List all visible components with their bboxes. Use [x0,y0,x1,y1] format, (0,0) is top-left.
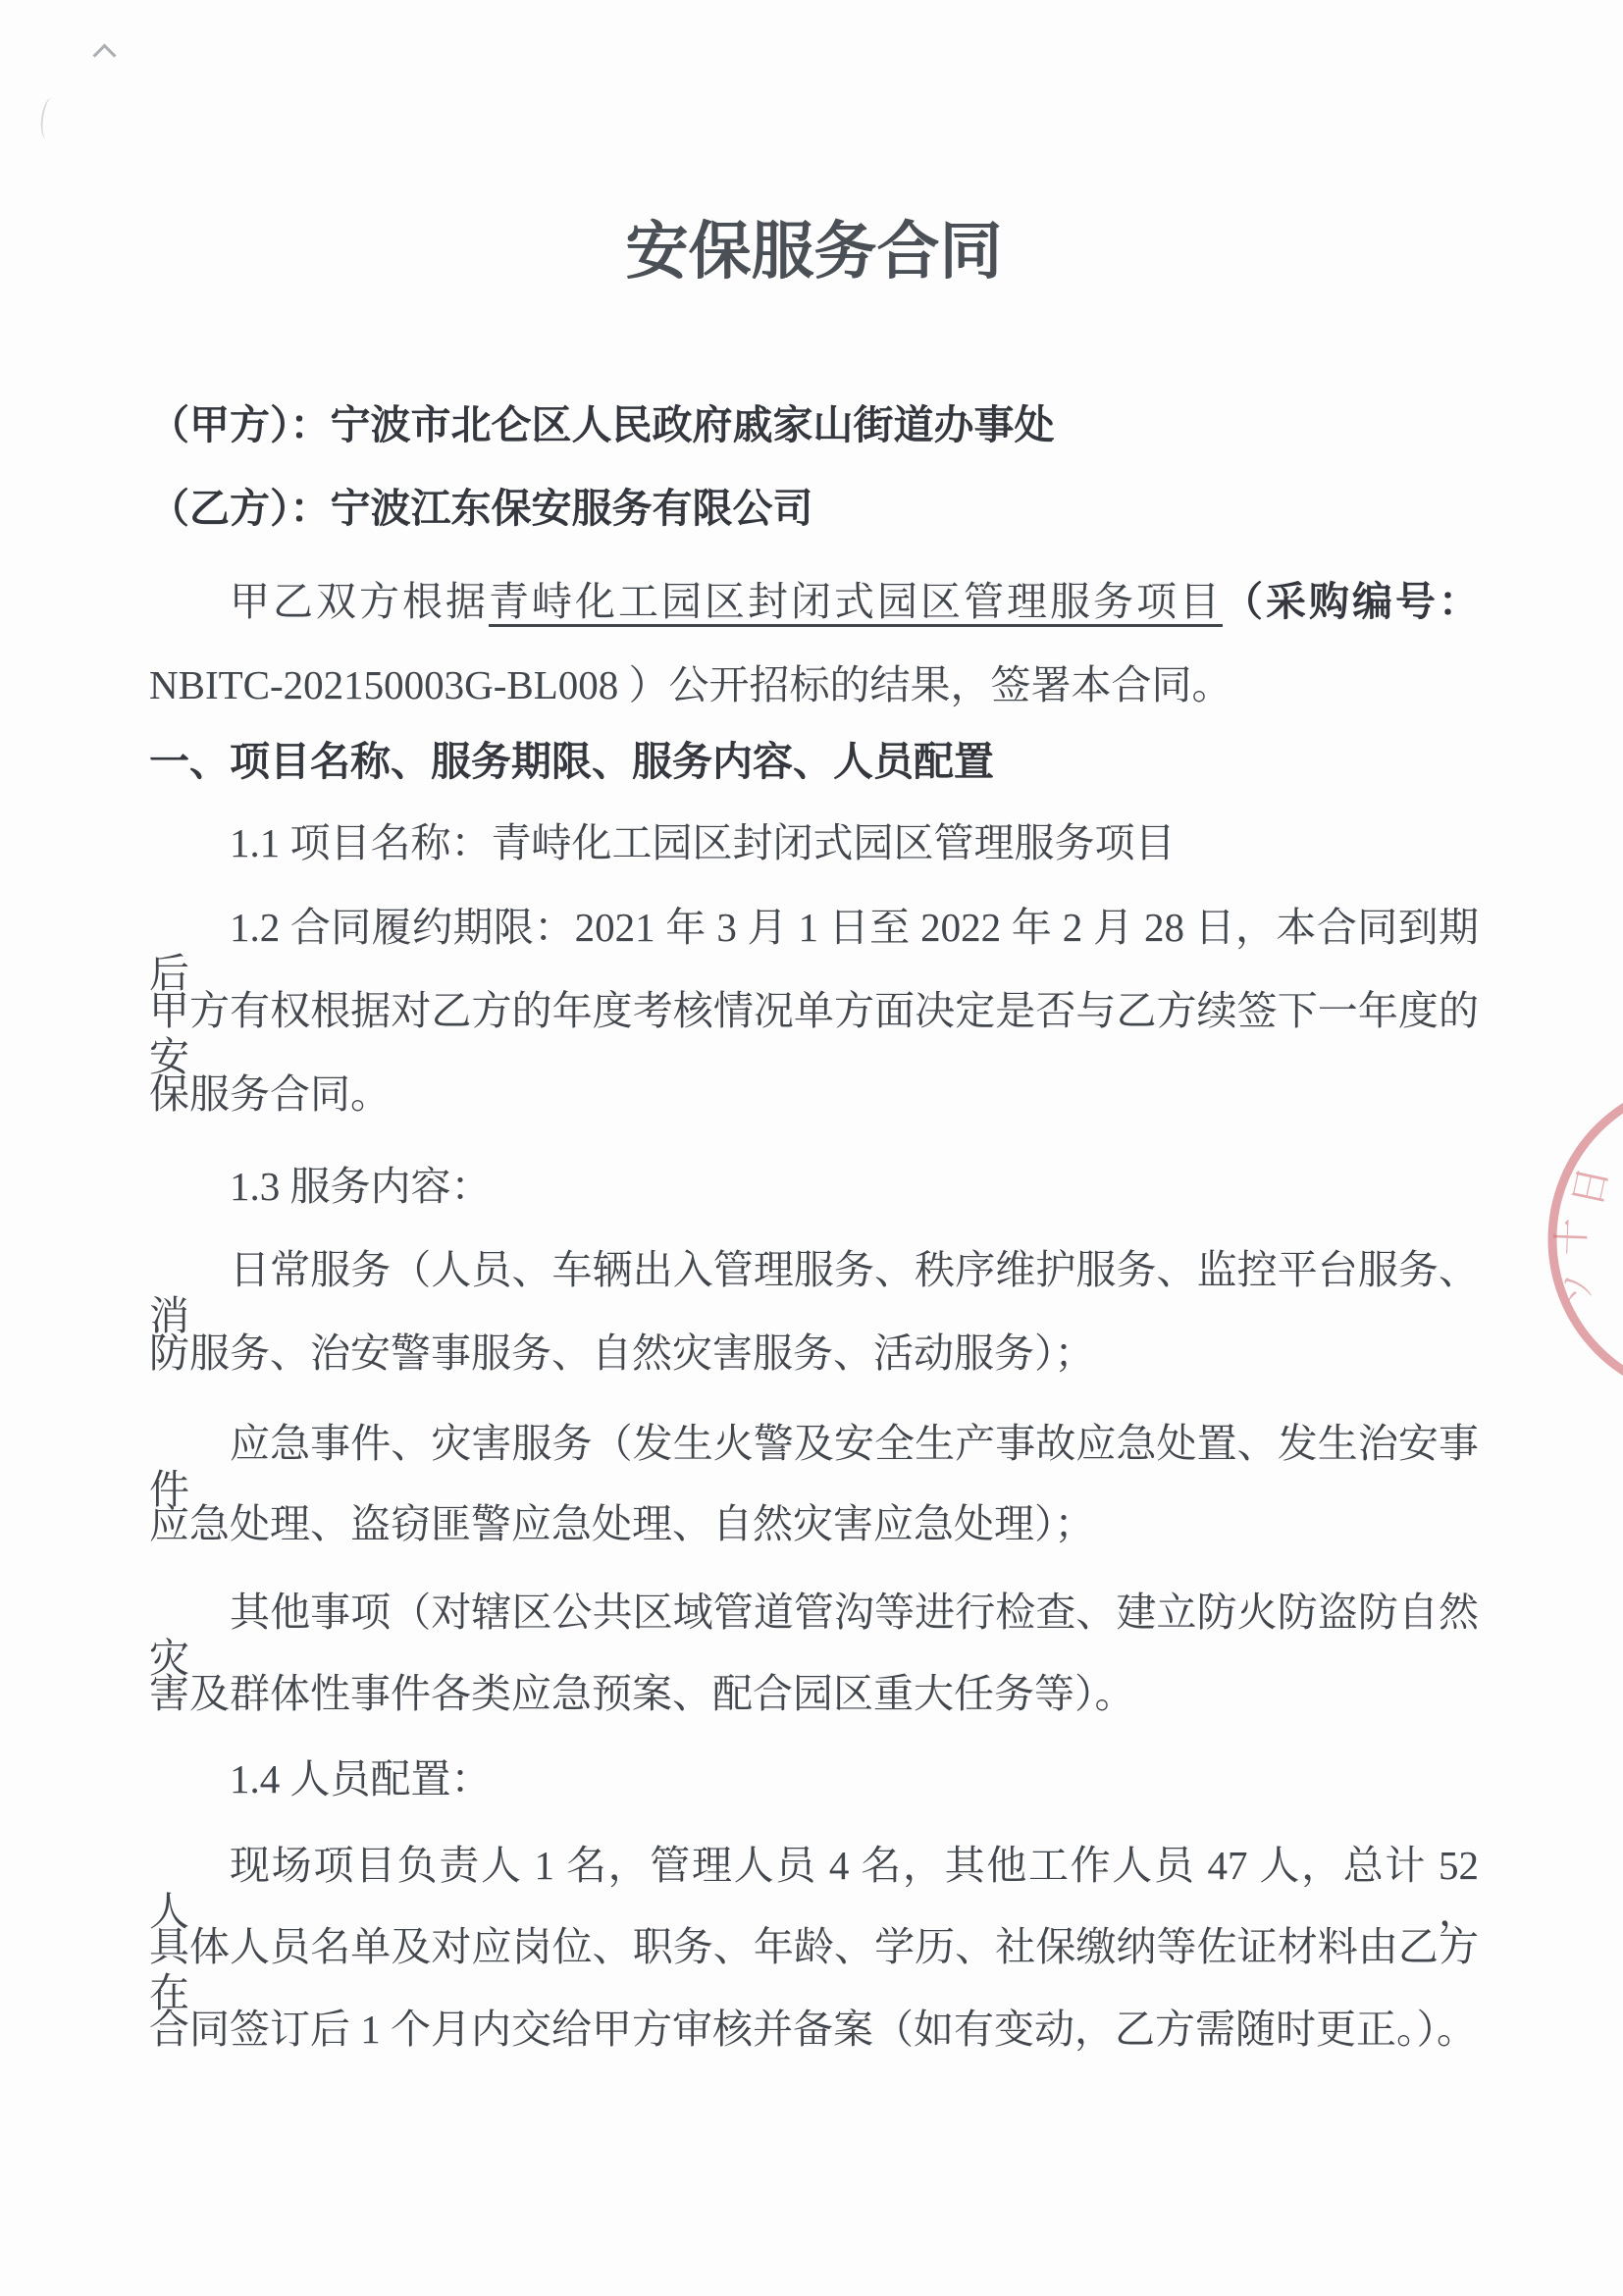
intro-line-2: NBITC-202150003G-BL008 ）公开招标的结果，签署本合同。 [149,662,1479,708]
clause-1-1: 1.1 项目名称：青峙化工园区封闭式园区管理服务项目 [149,820,1479,866]
scan-artifact-squiggle [38,97,60,140]
party-a-line: （甲方）：宁波市北仑区人民政府戚家山街道办事处 [149,402,1479,448]
seal-character-fragment: 日 [1565,1163,1616,1210]
clause-1-3-label: 1.3 服务内容： [149,1164,1479,1210]
clause-1-4-line-2: 具体人员名单及对应岗位、职务、年龄、学历、社保缴纳等佐证材料由乙方在 [149,1924,1479,2016]
clause-1-3-other-line-2: 害及群体性事件各类应急预案、配合园区重大任务等）。 [149,1671,1479,1717]
party-b-line: （乙方）：宁波江东保安服务有限公司 [149,486,1479,532]
clause-1-4-line-1: 现场项目负责人 1 名，管理人员 4 名，其他工作人员 47 人，总计 52 人… [149,1843,1479,1935]
clause-1-3-emergency-line-1: 应急事件、灾害服务（发生火警及安全生产事故应急处置、发生治安事件 [149,1421,1479,1513]
clause-1-3-other-line-1: 其他事项（对辖区公共区域管道管沟等进行检查、建立防火防盗防自然灾 [149,1590,1479,1682]
seal-character-fragment: ソ [1559,1269,1599,1307]
seal-character-fragment: 十 [1551,1218,1594,1256]
clause-1-2-line-3: 保服务合同。 [149,1071,1479,1118]
intro-prefix: 甲乙双方根据 [230,579,489,624]
intro-line-1: 甲乙双方根据青峙化工园区封闭式园区管理服务项目（采购编号： [149,579,1479,625]
official-seal-stamp: 日 十 ソ [1525,1099,1623,1383]
contract-scan-page: 安保服务合同 （甲方）：宁波市北仑区人民政府戚家山街道办事处 （乙方）：宁波江东… [0,0,1623,2296]
intro-procurement-label: （采购编号： [1223,579,1479,624]
intro-project-name-underlined: 青峙化工园区封闭式园区管理服务项目 [489,579,1223,624]
clause-1-2-line-1: 1.2 合同履约期限：2021 年 3 月 1 日至 2022 年 2 月 28… [149,905,1479,997]
document-title: 安保服务合同 [149,218,1479,287]
clause-1-3-daily-line-2: 防服务、治安警事服务、自然灾害服务、活动服务）； [149,1331,1479,1377]
clause-1-2-line-2: 甲方有权根据对乙方的年度考核情况单方面决定是否与乙方续签下一年度的安 [149,988,1479,1080]
clause-1-4-line-3: 合同签订后 1 个月内交给甲方审核并备案（如有变动，乙方需随时更正。）。 [149,2007,1479,2053]
scan-artifact-caret [92,43,116,67]
clause-1-4-label: 1.4 人员配置： [149,1756,1479,1802]
clause-1-3-daily-line-1: 日常服务（人员、车辆出入管理服务、秩序维护服务、监控平台服务、消 [149,1247,1479,1339]
clause-1-3-emergency-line-2: 应急处理、盗窃匪警应急处理、自然灾害应急处理）； [149,1501,1479,1547]
section-1-heading: 一、项目名称、服务期限、服务内容、人员配置 [149,739,1479,785]
